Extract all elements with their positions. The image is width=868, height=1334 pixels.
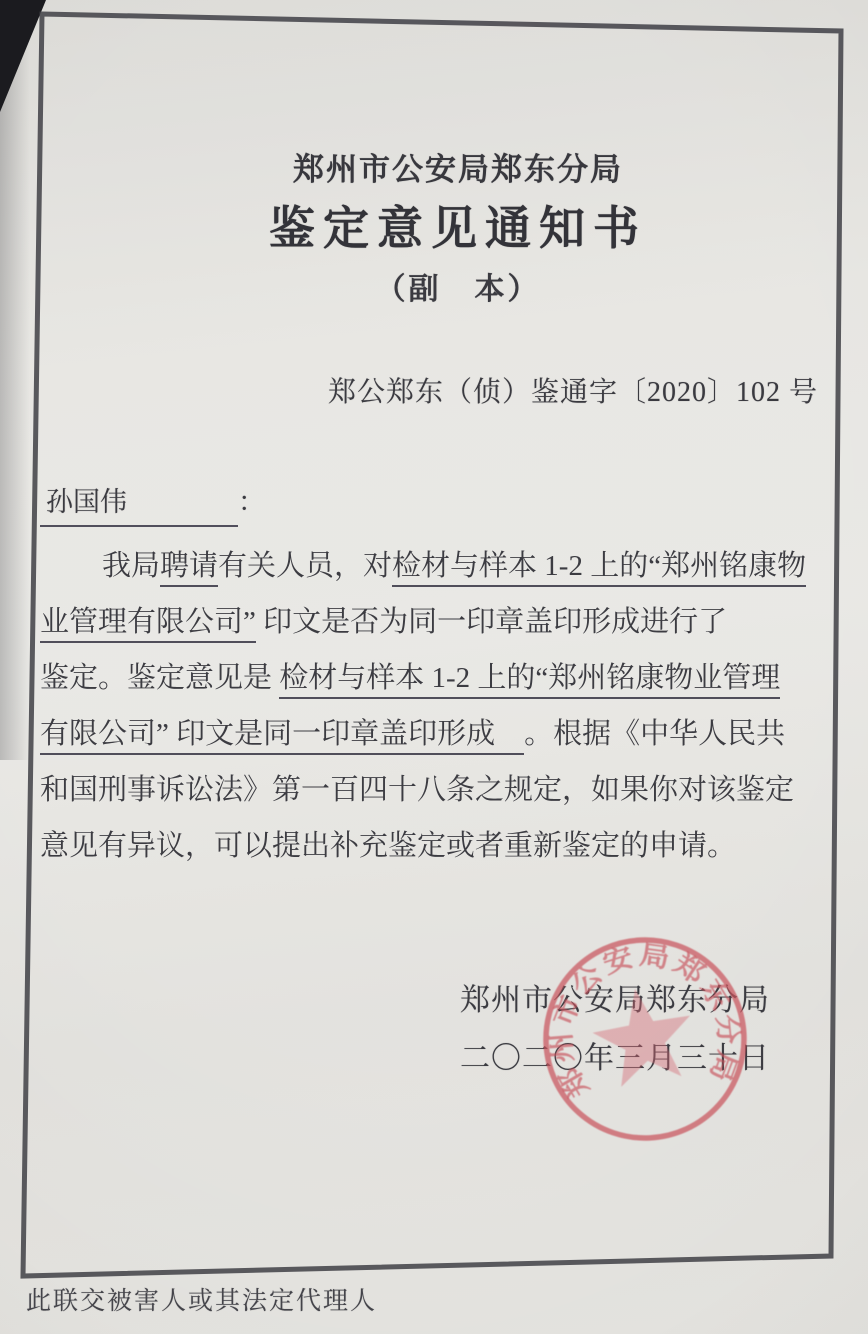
addressee-name: 孙国伟: [40, 480, 238, 527]
body-text-segment: 。根据《中华人民共: [524, 718, 785, 750]
copy-type-label: （副 本）: [64, 264, 852, 308]
document-title: 鉴定意见通知书: [64, 192, 852, 258]
addressee-colon: ：: [238, 487, 265, 517]
issuing-bureau-name: 郑州市公安局郑东分局: [64, 144, 852, 189]
body-text-segment: 和国刑事诉讼法》第一百四十八条之规定，如果你对该鉴定: [40, 774, 794, 806]
body-text-segment: 有关人员，对: [218, 550, 392, 582]
footer-distribution-note: 此联交被害人或其法定代理人: [26, 1281, 377, 1317]
body-text-segment: 我局: [102, 550, 160, 582]
body-text-segment-underlined: 检材与样本 1-2 上的“郑州铭康物业管理: [279, 662, 780, 699]
body-line-4: 有限公司” 印文是同一印章盖印形成 。根据《中华人民共: [40, 706, 806, 762]
body-text-segment-underlined: 有限公司” 印文是同一印章盖印形成: [40, 718, 524, 755]
signature-block: 郑州市公安局郑东分局 二〇二〇年三月三十日: [450, 982, 780, 1098]
body-text-segment-underlined: 业管理有限公司”: [40, 606, 256, 643]
body-line-1: 我局聘请有关人员，对检材与样本 1-2 上的“郑州铭康物: [40, 538, 806, 594]
document-number: 郑公郑东（侦）鉴通字〔2020〕102 号: [0, 370, 818, 410]
body-line-2: 业管理有限公司” 印文是否为同一印章盖印形成进行了: [40, 594, 806, 650]
document-body: 我局聘请有关人员，对检材与样本 1-2 上的“郑州铭康物 业管理有限公司” 印文…: [40, 538, 806, 874]
addressee-line: 孙国伟：: [40, 480, 265, 527]
signature-bureau: 郑州市公安局郑东分局: [450, 982, 780, 1040]
body-line-5: 和国刑事诉讼法》第一百四十八条之规定，如果你对该鉴定: [40, 762, 806, 818]
body-text-segment-underlined: 聘请: [160, 550, 218, 587]
body-line-6: 意见有异议，可以提出补充鉴定或者重新鉴定的申请。: [40, 818, 806, 874]
signature-date: 二〇二〇年三月三十日: [450, 1040, 780, 1098]
document-photo: 郑州市公安局郑东分局 鉴定意见通知书 （副 本） 郑公郑东（侦）鉴通字〔2020…: [0, 0, 868, 1334]
body-text-segment: 鉴定。鉴定意见是: [40, 662, 279, 694]
body-text-segment: 印文是否为同一印章盖印形成进行了: [256, 606, 727, 638]
body-line-3: 鉴定。鉴定意见是 检材与样本 1-2 上的“郑州铭康物业管理: [40, 650, 806, 706]
body-text-segment: 意见有异议，可以提出补充鉴定或者重新鉴定的申请。: [40, 830, 736, 862]
photo-corner-shadow: [0, 0, 46, 112]
body-text-segment-underlined: 检材与样本 1-2 上的“郑州铭康物: [392, 550, 806, 587]
